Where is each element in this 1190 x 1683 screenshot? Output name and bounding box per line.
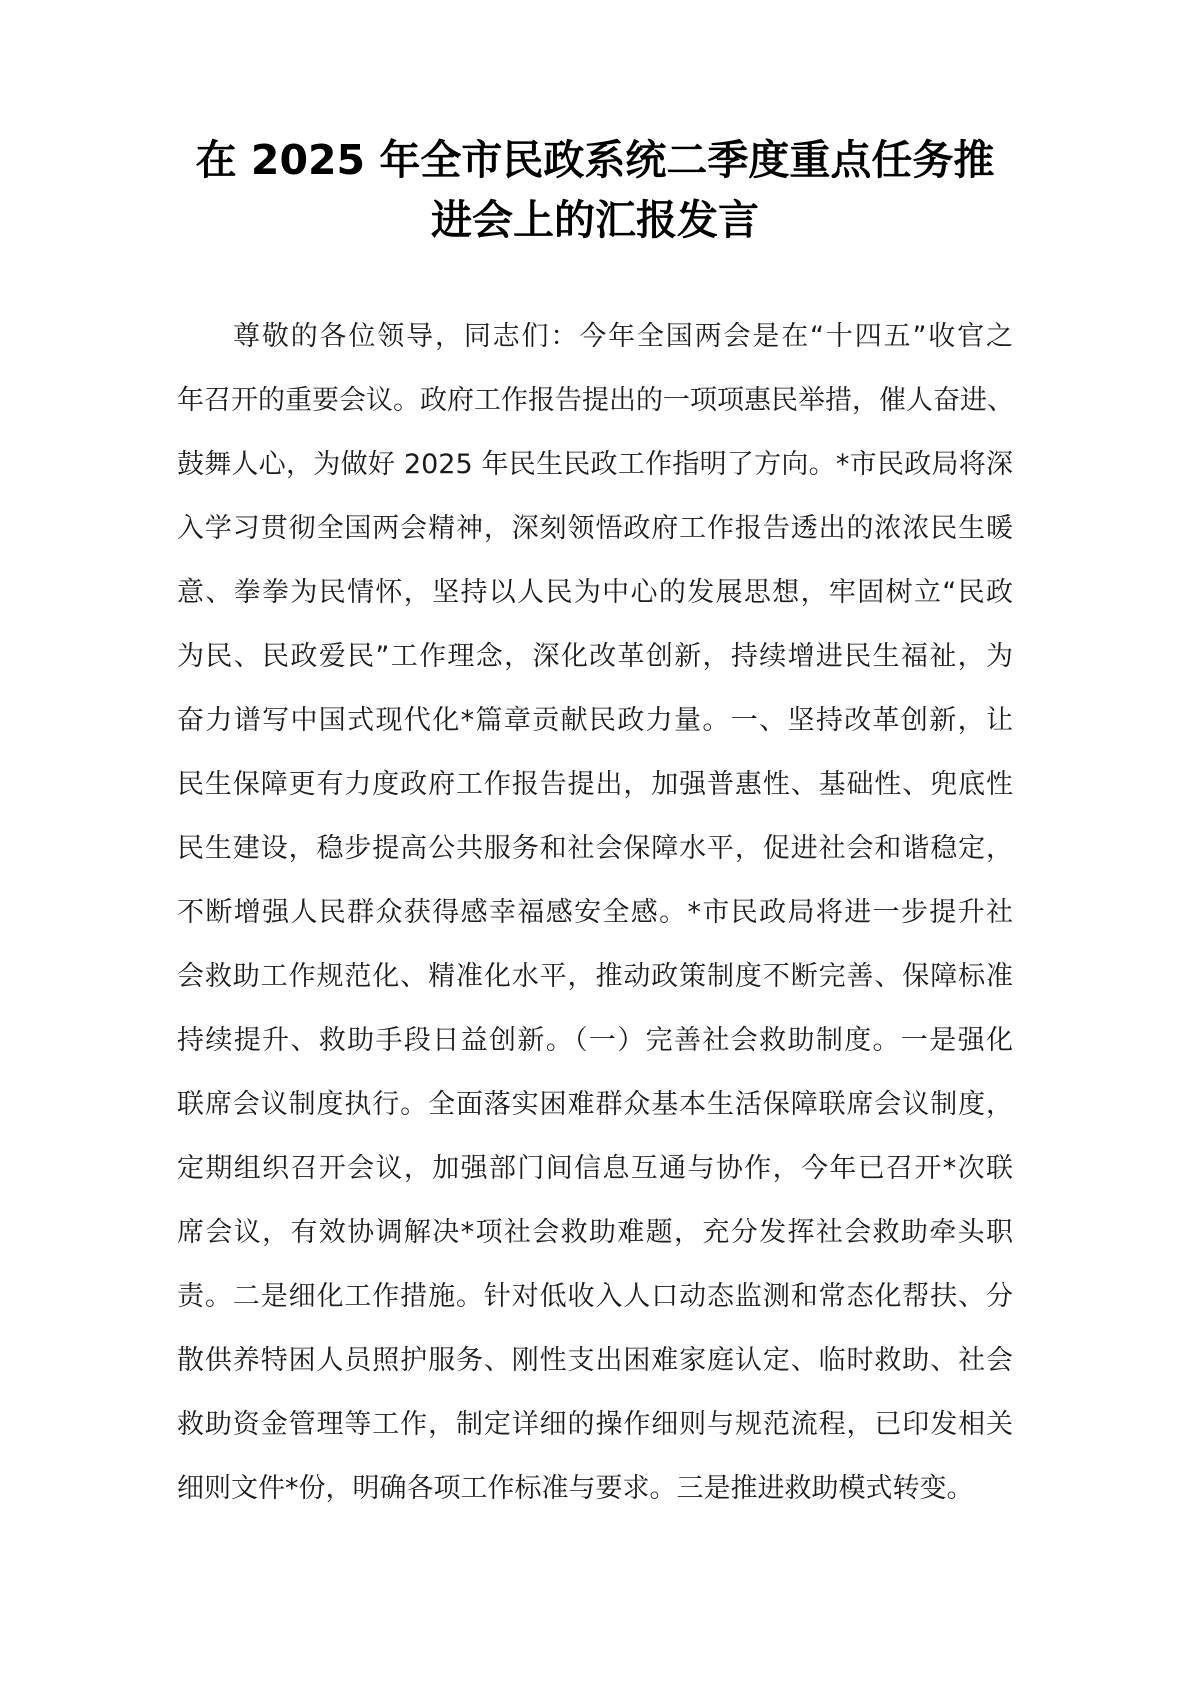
- body-line: 救助资金管理等工作，制定详细的操作细则与规范流程，已印发相关: [177, 1400, 1013, 1464]
- body-line: 席会议，有效协调解决*项社会救助难题，充分发挥社会救助牵头职: [177, 1208, 1013, 1272]
- body-line: 持续提升、救助手段日益创新。（一）完善社会救助制度。一是强化: [177, 1016, 1013, 1080]
- body-line: 民生建设，稳步提高公共服务和社会保障水平，促进社会和谐稳定，: [177, 824, 1013, 888]
- title-line-1: 在 2025 年全市民政系统二季度重点任务推: [150, 130, 1040, 190]
- document-page: 在 2025 年全市民政系统二季度重点任务推 进会上的汇报发言 尊敬的各位领导，…: [0, 0, 1190, 1683]
- body-line: 细则文件*份，明确各项工作标准与要求。三是推进救助模式转变。: [177, 1464, 1013, 1528]
- body-line: 年召开的重要会议。政府工作报告提出的一项项惠民举措，催人奋进、: [177, 376, 1013, 440]
- body-line: 责。二是细化工作措施。针对低收入人口动态监测和常态化帮扶、分: [177, 1272, 1013, 1336]
- body-line: 不断增强人民群众获得感幸福感安全感。*市民政局将进一步提升社: [177, 888, 1013, 952]
- body-line: 联席会议制度执行。全面落实困难群众基本生活保障联席会议制度，: [177, 1080, 1013, 1144]
- body-line: 会救助工作规范化、精准化水平，推动政策制度不断完善、保障标准: [177, 952, 1013, 1016]
- body-line: 散供养特困人员照护服务、刚性支出困难家庭认定、临时救助、社会: [177, 1336, 1013, 1400]
- body-line: 为民、民政爱民”工作理念，深化改革创新，持续增进民生福祉，为: [177, 632, 1013, 696]
- body-line: 民生保障更有力度政府工作报告提出，加强普惠性、基础性、兜底性: [177, 760, 1013, 824]
- body-line: 意、拳拳为民情怀，坚持以人民为中心的发展思想，牢固树立“民政: [177, 568, 1013, 632]
- body-line: 定期组织召开会议，加强部门间信息互通与协作，今年已召开*次联: [177, 1144, 1013, 1208]
- body-line: 入学习贯彻全国两会精神，深刻领悟政府工作报告透出的浓浓民生暖: [177, 504, 1013, 568]
- body-line: 鼓舞人心，为做好 2025 年民生民政工作指明了方向。*市民政局将深: [177, 440, 1013, 504]
- document-body: 尊敬的各位领导，同志们：今年全国两会是在“十四五”收官之 年召开的重要会议。政府…: [177, 312, 1013, 1528]
- title-line-2: 进会上的汇报发言: [150, 190, 1040, 250]
- document-title: 在 2025 年全市民政系统二季度重点任务推 进会上的汇报发言: [150, 130, 1040, 250]
- body-line: 奋力谱写中国式现代化*篇章贡献民政力量。一、坚持改革创新，让: [177, 696, 1013, 760]
- body-line: 尊敬的各位领导，同志们：今年全国两会是在“十四五”收官之: [177, 312, 1013, 376]
